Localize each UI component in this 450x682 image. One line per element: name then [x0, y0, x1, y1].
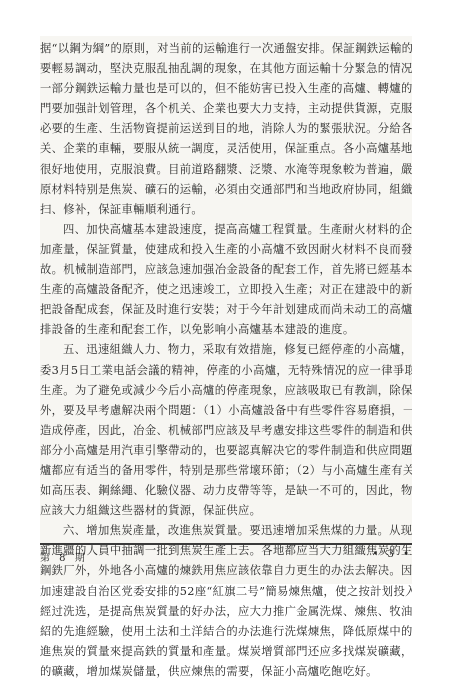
- text-line: 故。机械制造部門，应該急速加强冶金設备的配套工作，首先將已經基本建成而未投入: [40, 260, 412, 280]
- body-text: 据“以鋼为綱”的原則，对当前的运輸進行一次通盤安排。保証鋼鉄运輸的基本力量不要輕…: [40, 39, 412, 610]
- text-line: 六、增加焦炭產量，改進焦炭質量。要迅速增加采焦煤的力量。从现有煤炭部門及: [40, 521, 412, 541]
- text-line: 如高压表、鋼絲繩、化驗仪器、动力皮帶等等，是缺一不可的，因此，物資、商業部門: [40, 481, 412, 501]
- text-line: 五、迅速組織人力、物力，采取有效措施，修复已經停產的小高爐，根据自治区党: [40, 340, 412, 360]
- text-line: 部分小高爐是用汽車引擎帶动的，也要認真解决它的零件制造和供应問題），每个小高: [40, 441, 412, 461]
- text-line: 鋼鉄厂外，外地各小高爐的煉鉄用焦应該依靠自力更生的办法去解决。因此，目前先要: [40, 561, 412, 581]
- page-footer: 第 8 期 • 3 •: [40, 549, 412, 564]
- footer-rule: [40, 543, 412, 545]
- text-line: 造成停產，因此，冶金、机械部門应該及早考慮安排这些零件的制造和供应工作（还有: [40, 421, 412, 441]
- document-page: 据“以鋼为綱”的原則，对当前的运輸進行一次通盤安排。保証鋼鉄运輸的基本力量不要輕…: [40, 36, 412, 584]
- text-line: 生產的高爐設备配齐，使之迅速竣工，立即投入生產；对正在建設中的新爐子，要뿌早: [40, 280, 412, 300]
- text-line: 加產量，保証質量，使建成和投入生產的小高爐不致因耐火材料不良而發生工程質量事: [40, 240, 412, 260]
- text-line: 一部分鋼鉄运輸力量也是可以的，但不能妨害已投入生產的高爐、轉爐的生產。运輸部: [40, 79, 412, 99]
- text-line: 很好地使用，克服浪費。目前道路翻漿、泛漿、水淹等現象較为普遍，嚴重妨害了生產: [40, 160, 412, 180]
- text-line: 据“以鋼为綱”的原則，对当前的运輸進行一次通盤安排。保証鋼鉄运輸的基本力量不: [40, 39, 412, 59]
- text-line: 关、企業的車輛，要服从統一調度，灵活使用，保証重点。各小高爐基地内部的車輛要: [40, 139, 412, 159]
- page-number: • 3 •: [372, 549, 412, 564]
- text-line: 外，要及早考慮解决兩个問題：（1）小高爐設备中有些零件容易磨損，一旦損坏，就可能: [40, 401, 412, 421]
- text-line: 原材料特别是焦炭、礦石的运輸，必須由交通部門和当地政府协同，組織力量运时清: [40, 180, 412, 200]
- text-line: 委3月5日工業电話会議的精神，停產的小高爐，无特殊情况的应一律爭取在最近恢复: [40, 361, 412, 381]
- text-line: 四、加快高爐基本建設速度，提高高爐工程質量。生產耐火材料的企業应該大力增: [40, 220, 412, 240]
- text-line: 扫、修补，保証車輛順利通行。: [40, 200, 412, 220]
- text-line: 經过洗选，是提高焦炭質量的好办法，应大力推广金属洗煤、煉焦、牧油現場会議介: [40, 602, 412, 610]
- text-line: 把設备配成套，保証及时進行安裝；对于今年計划建成而尚未动工的高爐，也要及早安: [40, 300, 412, 320]
- text-line: 必要的生產、生活物資提前运送到目的地，消除人为的緊張狀況。分給各地区、各机: [40, 119, 412, 139]
- issue-label: 第 8 期: [40, 549, 88, 564]
- text-line: 排設备的生產和配套工作，以免影响小高爐基本建設的進度。: [40, 320, 412, 340]
- text-line: 爐都应有适当的备用零件，特别是那些常壞环節；（2）与小高爐生產有关的一些器材，: [40, 461, 412, 481]
- text-line: 要輕易調动，堅決克服乱抽乱調的現象，在其他方面运輸十分緊急的情况下，暫时抽調: [40, 59, 412, 79]
- text-line: 生產。为了避免或減少今后小高爐的停產現象，应該吸取已有教訓，除保証高爐工程質量: [40, 381, 412, 401]
- text-line: 应該大力組織这些器材的貨源，保証供应。: [40, 501, 412, 521]
- text-line: 門要加强計划管理，各个机关、企業也要大力支持，主动提供貨源，克服突擊現象，促: [40, 99, 412, 119]
- text-line: 加速建設自治区党委安排的52座“紅旗二号”簡易煉焦爐，使之按計划投入生產。焦煤: [40, 582, 412, 602]
